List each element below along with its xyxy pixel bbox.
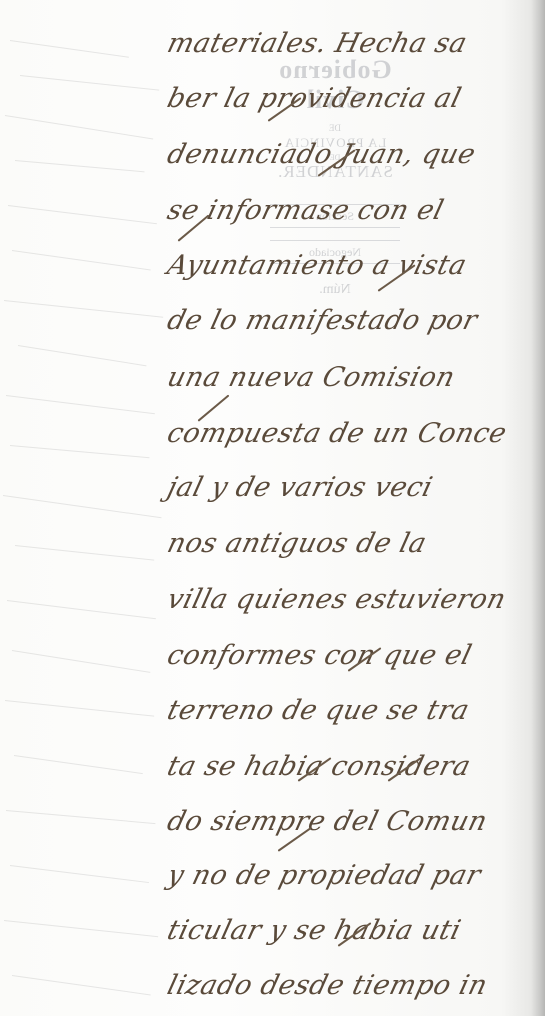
text-line: se informase con el <box>164 195 447 226</box>
text-line: conformes con que el <box>164 640 475 671</box>
text-line: villa quienes estuvieron <box>164 584 509 615</box>
page-edge-shadow <box>531 0 545 1016</box>
text-line: materiales. Hecha sa <box>164 28 470 59</box>
text-line: nos antiguos de la <box>164 528 430 559</box>
text-line: ticular y se habia uti <box>164 915 464 946</box>
bleed-through-writing <box>0 0 175 1016</box>
text-line: denunciado Juan, que <box>164 139 479 170</box>
text-line: do siempre del Comun <box>164 806 490 837</box>
text-line: terreno de que se tra <box>164 695 472 726</box>
text-line: y no de propiedad par <box>164 860 484 891</box>
text-line: ber la providencia al <box>164 83 464 114</box>
text-line: Ayuntamiento a vista <box>164 250 470 281</box>
text-line: compuesta de un Conce <box>164 418 510 449</box>
stamp-de: DE <box>250 123 420 133</box>
text-line: lizado desde tiempo in <box>164 970 491 1001</box>
text-line: de lo manifestado por <box>164 305 481 336</box>
text-line: una nueva Comision <box>164 362 458 393</box>
stamp-number: Núm. <box>250 282 420 298</box>
manuscript-page: Gobierno Civil DE LA PROVINCIA DE SANTAN… <box>0 0 545 1016</box>
text-line: jal y de varios veci <box>164 472 436 503</box>
